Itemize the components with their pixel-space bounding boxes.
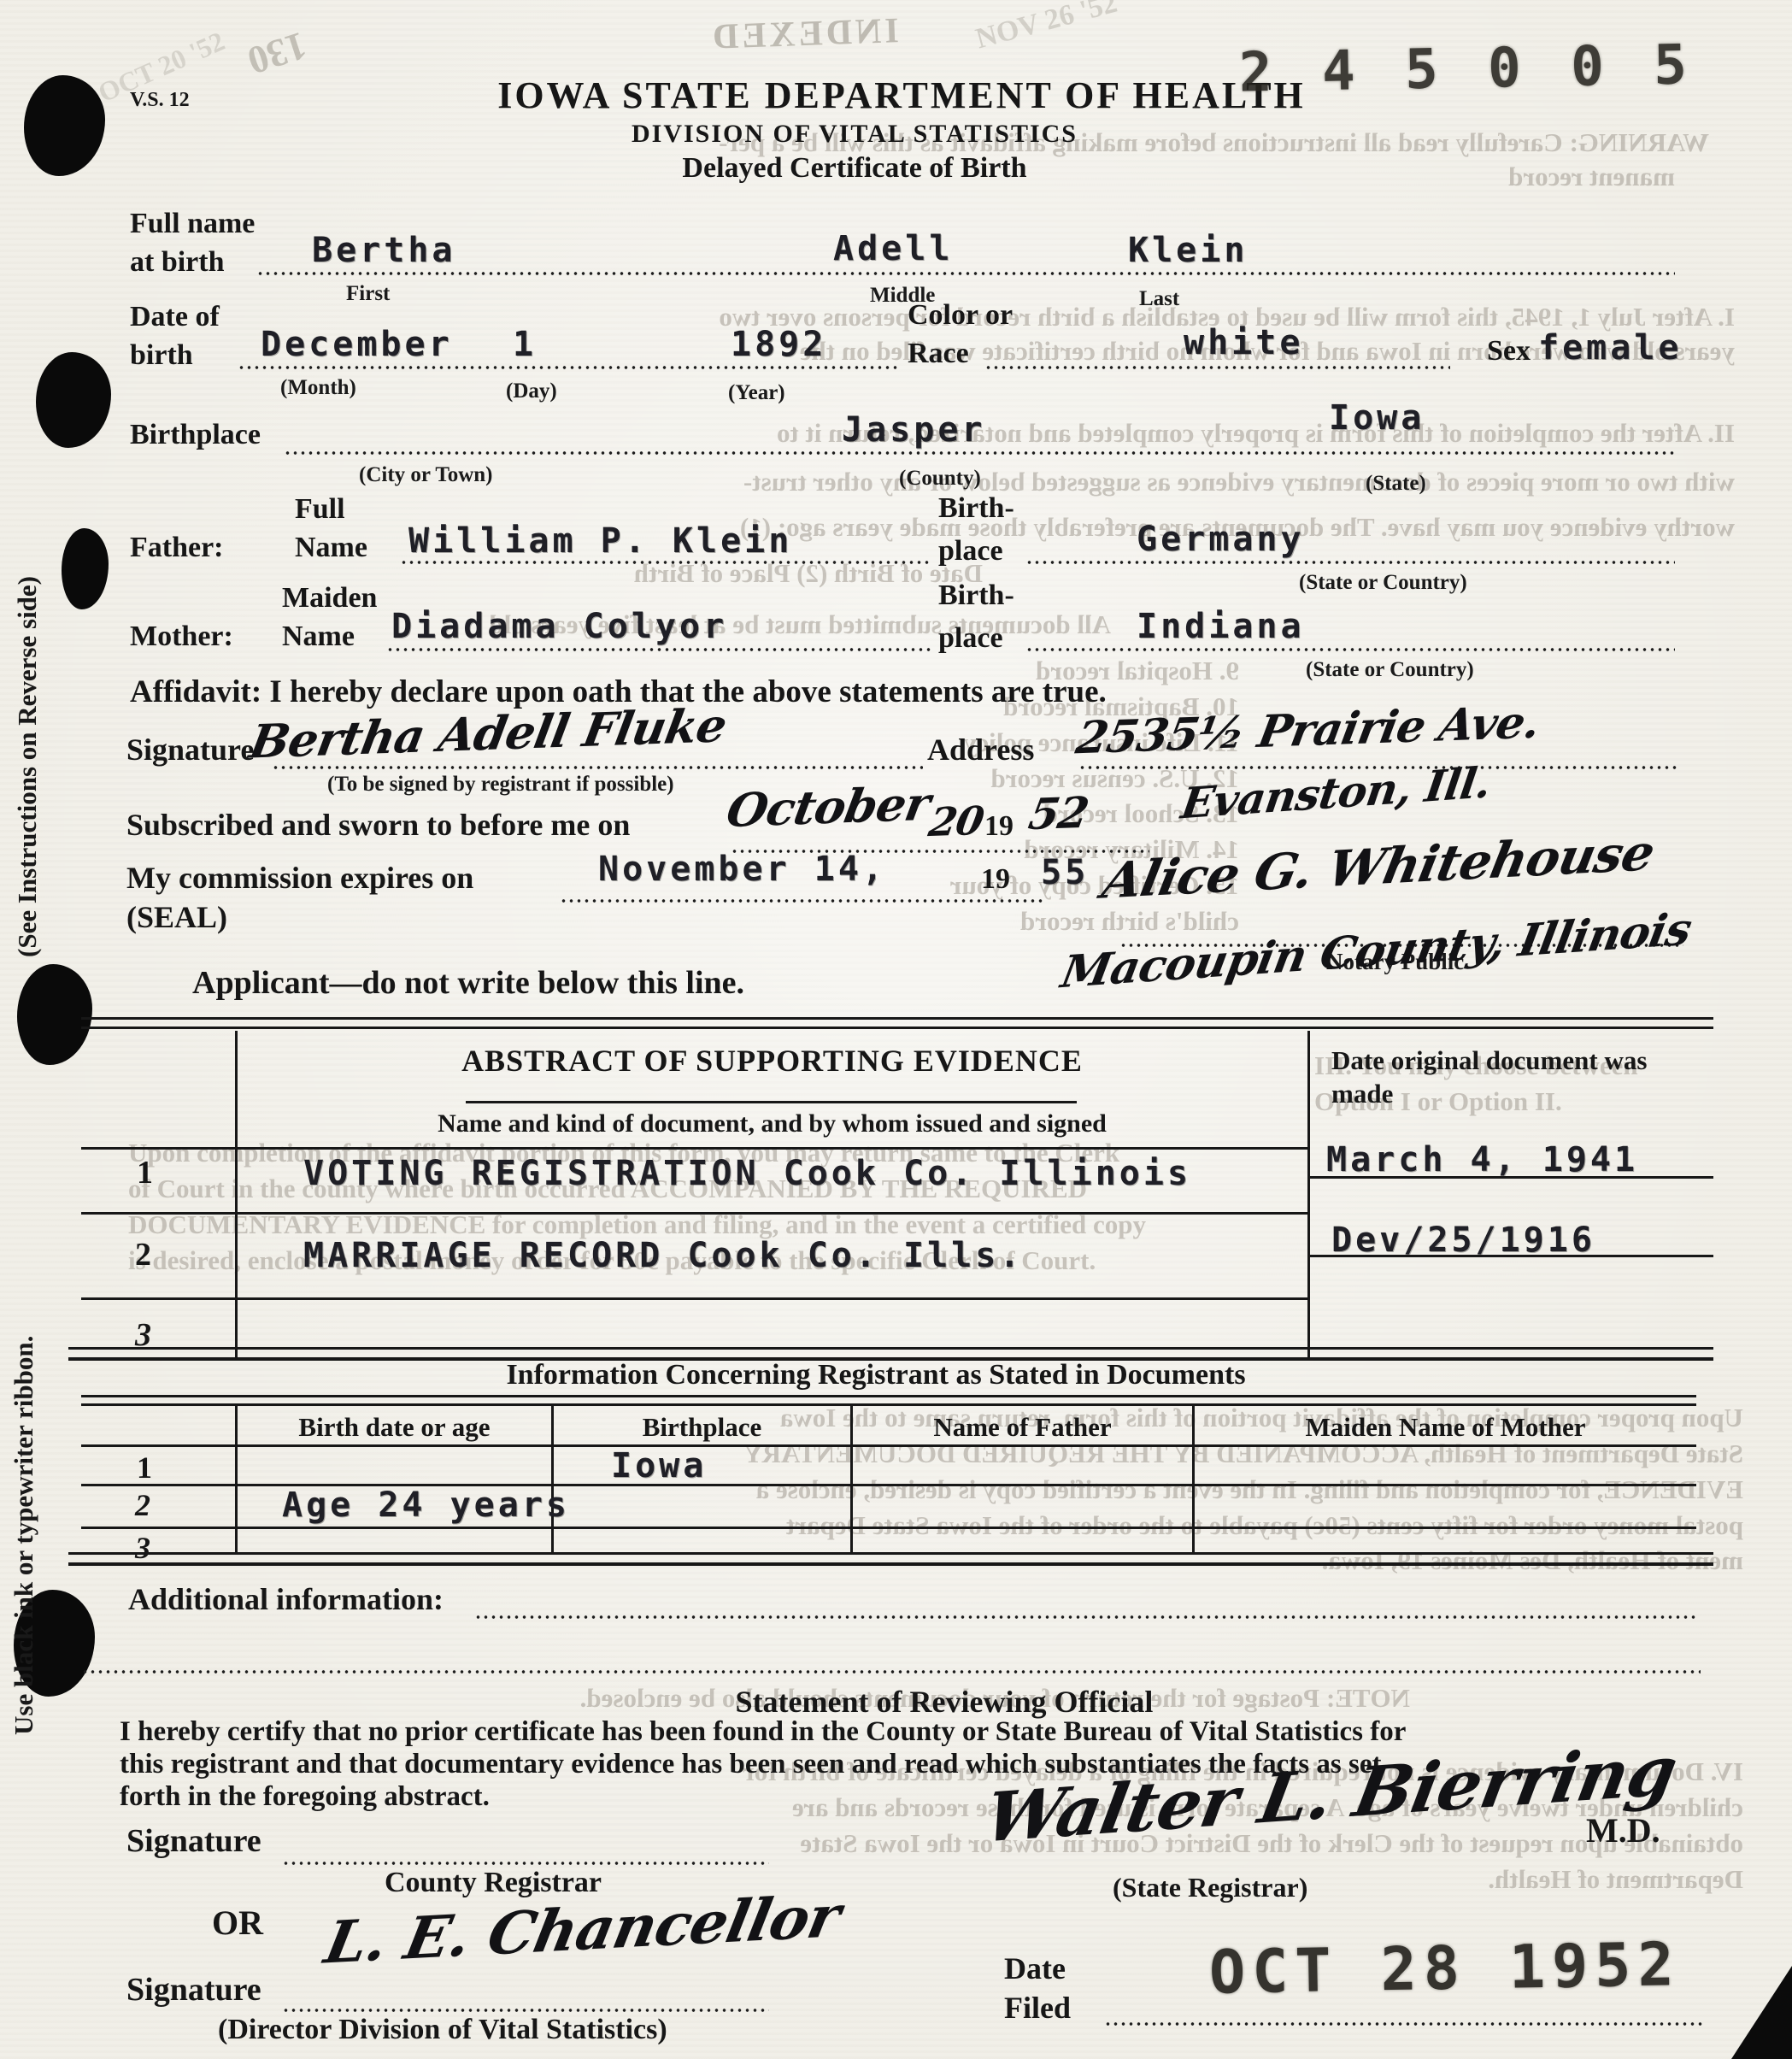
color-race-label: Color or [908,299,1013,332]
sworn-year-value: 52 [1025,787,1093,839]
county-sublabel: (County) [899,467,981,491]
sworn-day-value: 20 [925,797,987,845]
rule [68,1347,1713,1350]
rule [68,1562,1713,1566]
certificate-number-stamp: 2 4 5 0 0 5 [1238,33,1695,104]
rule [81,1212,1310,1215]
ink-blot [24,75,105,176]
reviewing-title: Statement of Reviewing Official [526,1684,1363,1720]
registrant-age-value: Age 24 years [282,1485,570,1525]
sworn-label: Subscribed and sworn to before me on [126,807,630,843]
father-name-label: Name [295,532,367,564]
rule [81,1147,1310,1150]
first-sublabel: First [346,282,390,306]
dotted-line [284,451,1677,455]
column-header-birthdate: Birth date or age [238,1412,551,1443]
page-title: IOWA STATE DEPARTMENT OF HEALTH [474,74,1329,117]
address-label: Address [927,732,1034,768]
color-race-label: Race [908,338,969,370]
date-filed-label: Date [1004,1950,1066,1986]
registrant-info-title: Information Concerning Registrant as Sta… [235,1359,1517,1391]
bleedthrough-text: manent record [1282,159,1675,195]
birthplace-county-value: Jasper [842,410,986,450]
birth-day-value: 1 [513,325,537,364]
mother-name-label: Maiden [282,582,377,615]
sworn-year-prefix: 19 [984,810,1014,843]
mother-birthplace-sublabel: (State or Country) [1306,658,1474,682]
full-name-label: Full name [130,208,255,240]
abstract-row-date: March 4, 1941 [1326,1140,1638,1180]
md-suffix: M.D. [1586,1810,1660,1850]
ink-blot [17,964,92,1065]
father-name-value: William P. Klein [408,521,792,561]
dob-label: birth [130,339,193,372]
dotted-line [560,899,1043,903]
father-name-label: Full [295,493,345,526]
ink-blot [1731,1966,1792,2059]
registrant-birthplace-value: Iowa [611,1446,707,1485]
form-number: V.S. 12 [130,89,190,112]
rule [1310,1255,1713,1257]
margin-note-ink: Use black ink or typewriter ribbon. [9,1060,39,1735]
state-registrar-label: (State Registrar) [1113,1872,1307,1903]
abstract-row-number: 1 [137,1154,153,1191]
mother-label: Mother: [130,621,233,653]
margin-note-instructions: (See Instructions on Reverse side) [12,282,43,957]
year-sublabel: (Year) [728,381,785,405]
rule [81,1527,1696,1529]
dotted-line [238,366,897,369]
father-birthplace-sublabel: (State or Country) [1299,571,1467,595]
middle-name-value: Adell [833,229,953,268]
signature-sublabel: (To be signed by registrant if possible) [327,773,674,797]
registrant-row-number: 2 [135,1487,150,1523]
column-header-mother: Maiden Name of Mother [1195,1412,1696,1443]
signature-label: Signature [126,732,254,768]
do-not-write-label: Applicant—do not write below this line. [192,964,744,1002]
abstract-date-header: Date original document was made [1331,1044,1694,1111]
dotted-line [984,366,1450,369]
mother-name-value: Diadama Colyor [391,607,727,646]
birth-year-value: 1892 [731,325,826,364]
certificate-title: Delayed Certificate of Birth [470,152,1239,185]
rule [466,1101,1077,1103]
birth-month-value: December [261,325,453,364]
father-birthplace-label: Birth- [938,492,1014,525]
dotted-line [386,648,931,651]
dotted-line [1025,561,1675,564]
rule [81,1297,1310,1300]
rule [81,1027,1713,1029]
rule [81,1403,1696,1406]
ink-blot [62,528,109,609]
father-label: Father: [130,532,224,564]
dotted-line [256,272,1675,275]
state-sublabel: (State) [1366,472,1426,496]
or-label: OR [212,1903,263,1943]
dotted-line [1104,2022,1702,2026]
mother-name-label: Name [282,621,355,653]
mother-birthplace-label: place [938,622,1003,655]
mother-birthplace-value: Indiana [1137,607,1305,646]
table-divider [235,1031,238,1357]
month-sublabel: (Month) [280,376,356,400]
mother-birthplace-label: Birth- [938,579,1014,612]
dob-label: Date of [130,301,220,333]
dotted-line [81,1670,1701,1674]
dotted-line [272,766,923,769]
reviewing-statement: I hereby certify that no prior certifica… [120,1716,1406,1748]
date-filed-stamp: OCT 28 1952 [1208,1929,1681,2008]
father-birthplace-value: Germany [1137,520,1305,559]
last-name-value: Klein [1128,231,1248,270]
table-divider [1307,1031,1310,1357]
full-name-label: at birth [130,246,225,279]
dotted-line [282,2009,769,2012]
city-sublabel: (City or Town) [359,463,493,487]
reviewing-statement: forth in the foregoing abstract. [120,1781,490,1813]
commission-year-value: 55 [1041,853,1089,892]
abstract-row-number: 2 [135,1236,151,1274]
birthplace-state-value: Iowa [1329,398,1425,438]
additional-info-label: Additional information: [128,1581,444,1617]
commission-year-prefix: 19 [981,863,1010,896]
abstract-row-document: VOTING REGISTRATION Cook Co. Illinois [303,1154,1191,1193]
day-sublabel: (Day) [506,379,557,403]
abstract-row-document: MARRIAGE RECORD Cook Co. Ills. [303,1236,1023,1275]
number-stamp: 130 [242,23,312,85]
birthplace-label: Birthplace [130,419,261,451]
abstract-subtitle: Name and kind of document, and by whom i… [237,1109,1307,1138]
document-page: WARNING: Carefully read all instructions… [0,0,1792,2059]
father-birthplace-label: place [938,535,1003,568]
sex-label: Sex [1487,335,1531,368]
county-registrar-label: County Registrar [385,1867,602,1899]
commission-date-value: November 14, [598,850,886,889]
signature-label: Signature [126,1822,261,1860]
ink-blot [36,352,111,448]
first-name-value: Bertha [312,231,456,270]
dotted-line [1025,648,1675,651]
indexed-stamp: INDEXED [708,10,899,58]
date-filed-label: Filed [1004,1990,1071,2026]
rule [1310,1176,1713,1179]
column-header-birthplace: Birthplace [554,1412,850,1443]
date-stamp: NOV 26 '52 [972,0,1120,56]
commission-label: My commission expires on [126,860,473,896]
dotted-line [474,1615,1696,1619]
page-subtitle: DIVISION OF VITAL STATISTICS [470,120,1239,149]
rule [81,1017,1713,1020]
director-label: (Director Division of Vital Statistics) [218,2014,667,2046]
rule [81,1444,1696,1447]
rule [68,1552,1713,1555]
registrant-row-number: 3 [135,1530,150,1566]
last-sublabel: Last [1139,287,1179,311]
sworn-month-value: October [723,776,934,838]
abstract-title: ABSTRACT OF SUPPORTING EVIDENCE [237,1043,1307,1079]
signature-label: Signature [126,1971,261,2009]
column-header-father: Name of Father [853,1412,1192,1443]
registrant-row-number: 1 [137,1450,152,1485]
sex-value: female [1538,328,1683,368]
dotted-line [282,1862,769,1865]
seal-label: (SEAL) [126,899,227,935]
dotted-line [400,561,931,564]
color-race-value: white [1184,323,1303,362]
rule [81,1395,1696,1397]
bleedthrough-text: worthy evidence you may have. The docume… [128,509,1735,545]
